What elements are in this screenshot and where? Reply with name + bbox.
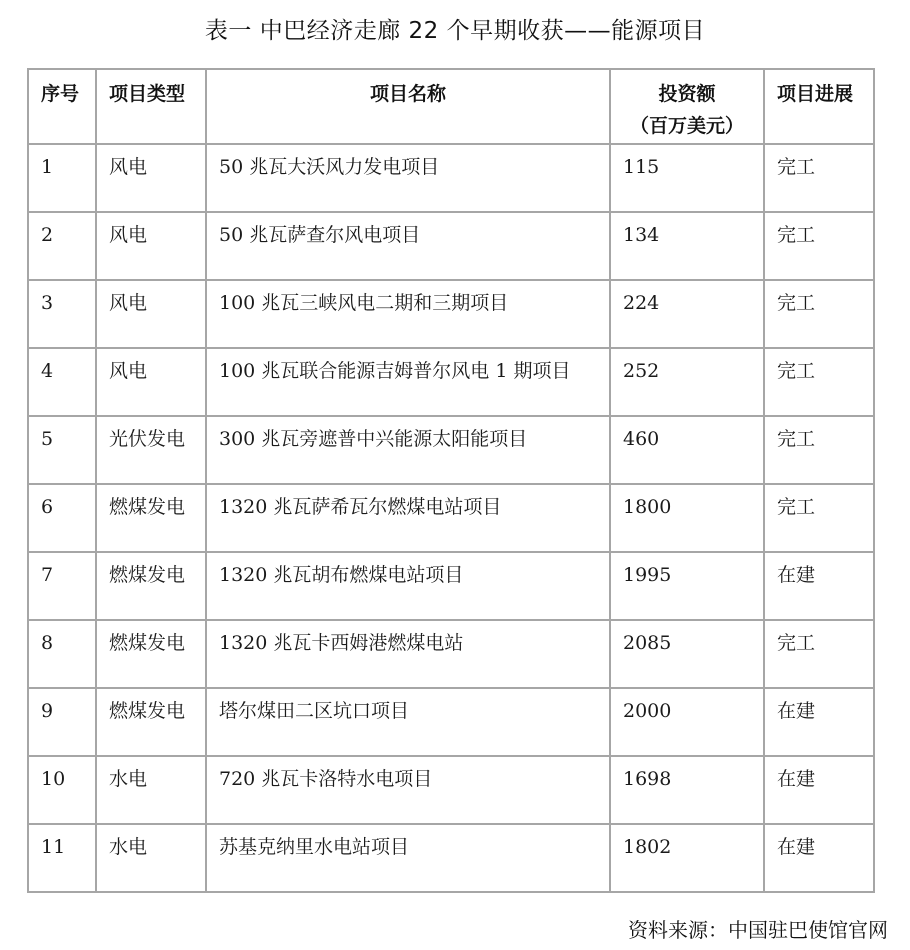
cell-status-text: 完工: [765, 145, 873, 179]
cell-type-text: 风电: [97, 349, 205, 383]
cell-type-text: 风电: [97, 213, 205, 247]
cell-status-text: 完工: [765, 485, 873, 519]
cell-type: 风电: [96, 212, 206, 280]
cell-type-text: 风电: [97, 145, 205, 179]
cell-no-text: 10: [29, 757, 95, 791]
cell-no-text: 5: [29, 417, 95, 451]
cell-type-text: 燃煤发电: [97, 689, 205, 723]
cell-no: 1: [28, 144, 96, 212]
cell-no: 6: [28, 484, 96, 552]
cell-investment: 252: [610, 348, 764, 416]
cell-investment: 2085: [610, 620, 764, 688]
cell-investment-text: 1800: [611, 485, 763, 519]
table-row: 7燃煤发电1320 兆瓦胡布燃煤电站项目1995在建: [28, 552, 874, 620]
cell-investment-text: 134: [611, 213, 763, 247]
cell-status: 完工: [764, 620, 874, 688]
cell-investment-text: 1698: [611, 757, 763, 791]
cell-type-text: 水电: [97, 757, 205, 791]
cell-status-text: 完工: [765, 281, 873, 315]
cell-name: 50 兆瓦大沃风力发电项目: [206, 144, 610, 212]
cell-type-text: 水电: [97, 825, 205, 859]
cell-name-text: 720 兆瓦卡洛特水电项目: [207, 757, 609, 791]
header-name: 项目名称: [206, 69, 610, 144]
cell-investment-text: 252: [611, 349, 763, 383]
cell-investment-text: 115: [611, 145, 763, 179]
header-status-label: 项目进展: [765, 70, 873, 110]
cell-type: 燃煤发电: [96, 620, 206, 688]
cell-investment: 115: [610, 144, 764, 212]
header-investment-unit: （百万美元）: [617, 110, 757, 142]
cell-no: 2: [28, 212, 96, 280]
cell-status: 在建: [764, 756, 874, 824]
table-row: 9燃煤发电塔尔煤田二区坑口项目2000在建: [28, 688, 874, 756]
cell-name: 100 兆瓦三峡风电二期和三期项目: [206, 280, 610, 348]
header-investment: 投资额 （百万美元）: [610, 69, 764, 144]
cell-type: 水电: [96, 756, 206, 824]
cell-no: 11: [28, 824, 96, 892]
cell-name-text: 100 兆瓦三峡风电二期和三期项目: [207, 281, 609, 315]
cell-investment-text: 224: [611, 281, 763, 315]
cell-status-text: 在建: [765, 757, 873, 791]
cell-status-text: 完工: [765, 621, 873, 655]
cell-no-text: 1: [29, 145, 95, 179]
cell-no-text: 2: [29, 213, 95, 247]
table-row: 6燃煤发电1320 兆瓦萨希瓦尔燃煤电站项目1800完工: [28, 484, 874, 552]
cell-no: 10: [28, 756, 96, 824]
cell-name: 720 兆瓦卡洛特水电项目: [206, 756, 610, 824]
cell-investment-text: 1995: [611, 553, 763, 587]
cell-status: 在建: [764, 688, 874, 756]
header-no-label: 序号: [29, 70, 95, 110]
cell-type-text: 燃煤发电: [97, 553, 205, 587]
cell-type: 光伏发电: [96, 416, 206, 484]
cell-name: 300 兆瓦旁遮普中兴能源太阳能项目: [206, 416, 610, 484]
cell-status-text: 完工: [765, 213, 873, 247]
cell-type: 水电: [96, 824, 206, 892]
table-row: 4风电100 兆瓦联合能源吉姆普尔风电 1 期项目252完工: [28, 348, 874, 416]
cell-investment-text: 460: [611, 417, 763, 451]
cell-status: 完工: [764, 348, 874, 416]
cell-name-text: 塔尔煤田二区坑口项目: [207, 689, 609, 723]
cell-investment: 1995: [610, 552, 764, 620]
cell-no: 7: [28, 552, 96, 620]
cell-status-text: 在建: [765, 689, 873, 723]
cell-no: 5: [28, 416, 96, 484]
cell-type: 燃煤发电: [96, 484, 206, 552]
cell-name-text: 1320 兆瓦胡布燃煤电站项目: [207, 553, 609, 587]
cell-status: 完工: [764, 212, 874, 280]
cell-no-text: 3: [29, 281, 95, 315]
cell-type: 燃煤发电: [96, 688, 206, 756]
header-investment-line1: 投资额: [617, 78, 757, 110]
cell-name-text: 苏基克纳里水电站项目: [207, 825, 609, 859]
cell-no-text: 7: [29, 553, 95, 587]
cell-type: 燃煤发电: [96, 552, 206, 620]
cell-status: 在建: [764, 552, 874, 620]
cell-investment: 1698: [610, 756, 764, 824]
cell-status-text: 在建: [765, 825, 873, 859]
cell-name-text: 50 兆瓦大沃风力发电项目: [207, 145, 609, 179]
cell-name: 1320 兆瓦胡布燃煤电站项目: [206, 552, 610, 620]
cell-investment-text: 1802: [611, 825, 763, 859]
cell-no-text: 11: [29, 825, 95, 859]
cell-name: 50 兆瓦萨查尔风电项目: [206, 212, 610, 280]
cell-name-text: 300 兆瓦旁遮普中兴能源太阳能项目: [207, 417, 609, 451]
table-row: 10水电720 兆瓦卡洛特水电项目1698在建: [28, 756, 874, 824]
cell-no: 8: [28, 620, 96, 688]
table-title: 表一 中巴经济走廊 22 个早期收获——能源项目: [0, 12, 910, 45]
table-row: 11水电苏基克纳里水电站项目1802在建: [28, 824, 874, 892]
cell-investment: 224: [610, 280, 764, 348]
table-row: 5光伏发电300 兆瓦旁遮普中兴能源太阳能项目460完工: [28, 416, 874, 484]
cell-name-text: 1320 兆瓦萨希瓦尔燃煤电站项目: [207, 485, 609, 519]
cell-investment-text: 2000: [611, 689, 763, 723]
cell-type-text: 燃煤发电: [97, 485, 205, 519]
cell-status: 在建: [764, 824, 874, 892]
cell-status-text: 完工: [765, 349, 873, 383]
cell-name-text: 50 兆瓦萨查尔风电项目: [207, 213, 609, 247]
cell-investment: 1800: [610, 484, 764, 552]
cell-status-text: 完工: [765, 417, 873, 451]
table-row: 3风电100 兆瓦三峡风电二期和三期项目224完工: [28, 280, 874, 348]
cell-status-text: 在建: [765, 553, 873, 587]
cell-name: 塔尔煤田二区坑口项目: [206, 688, 610, 756]
cell-status: 完工: [764, 484, 874, 552]
cell-type-text: 燃煤发电: [97, 621, 205, 655]
cell-investment: 134: [610, 212, 764, 280]
cell-name-text: 1320 兆瓦卡西姆港燃煤电站: [207, 621, 609, 655]
cell-no-text: 4: [29, 349, 95, 383]
cell-name-text: 100 兆瓦联合能源吉姆普尔风电 1 期项目: [207, 349, 609, 383]
header-row: 序号 项目类型 项目名称 投资额 （百万美元） 项目进展: [28, 69, 874, 144]
cell-type-text: 风电: [97, 281, 205, 315]
header-no: 序号: [28, 69, 96, 144]
cell-name: 1320 兆瓦卡西姆港燃煤电站: [206, 620, 610, 688]
table-row: 8燃煤发电1320 兆瓦卡西姆港燃煤电站2085完工: [28, 620, 874, 688]
cell-no: 9: [28, 688, 96, 756]
header-type: 项目类型: [96, 69, 206, 144]
cell-name: 1320 兆瓦萨希瓦尔燃煤电站项目: [206, 484, 610, 552]
header-investment-label: 投资额 （百万美元）: [611, 70, 763, 142]
cell-no-text: 6: [29, 485, 95, 519]
table-row: 1风电50 兆瓦大沃风力发电项目115完工: [28, 144, 874, 212]
energy-projects-table: 序号 项目类型 项目名称 投资额 （百万美元） 项目进展 1风电50 兆瓦大沃风…: [27, 68, 875, 893]
cell-investment: 460: [610, 416, 764, 484]
header-name-label: 项目名称: [207, 70, 609, 110]
cell-no: 3: [28, 280, 96, 348]
source-note: 资料来源：中国驻巴使馆官网: [628, 914, 888, 943]
cell-status: 完工: [764, 280, 874, 348]
cell-type-text: 光伏发电: [97, 417, 205, 451]
cell-investment: 1802: [610, 824, 764, 892]
cell-type: 风电: [96, 348, 206, 416]
cell-type: 风电: [96, 144, 206, 212]
cell-status: 完工: [764, 144, 874, 212]
header-type-label: 项目类型: [97, 70, 205, 110]
cell-investment: 2000: [610, 688, 764, 756]
cell-status: 完工: [764, 416, 874, 484]
cell-name: 苏基克纳里水电站项目: [206, 824, 610, 892]
cell-investment-text: 2085: [611, 621, 763, 655]
cell-no-text: 9: [29, 689, 95, 723]
cell-no: 4: [28, 348, 96, 416]
header-status: 项目进展: [764, 69, 874, 144]
table-row: 2风电50 兆瓦萨查尔风电项目134完工: [28, 212, 874, 280]
cell-name: 100 兆瓦联合能源吉姆普尔风电 1 期项目: [206, 348, 610, 416]
cell-type: 风电: [96, 280, 206, 348]
cell-no-text: 8: [29, 621, 95, 655]
